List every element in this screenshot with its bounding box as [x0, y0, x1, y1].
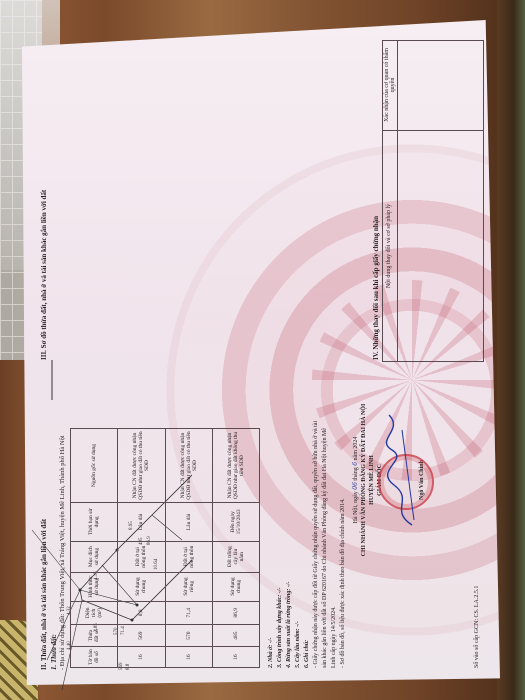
- cell: Nhận CN đất được công nhận QSDĐ như giao…: [212, 429, 259, 503]
- section-2-items: 2. Nhà ở: -/- 3. Công trình xây dựng khá…: [267, 418, 348, 668]
- land-parcel-table: Tờ bản đồ số Thửa đất số Diện tích (m²) …: [70, 428, 260, 668]
- changes-table: Nội dung thay đổi và cơ sở pháp lý Xác n…: [382, 40, 484, 362]
- header-parcel-no: Thửa đất số: [71, 625, 118, 647]
- cell: 16: [212, 647, 259, 668]
- section-2-sub1: 1. Thửa đất:: [50, 634, 58, 670]
- address-label: - Địa chỉ sử dụng đất:: [59, 614, 66, 670]
- signing-date: Hà Nội, ngày 06 tháng 6 năm 2024: [352, 380, 360, 580]
- changes-col-content: [383, 130, 483, 361]
- header-map-sheet: Tờ bản đồ số: [71, 647, 118, 668]
- table-row: 16 485 86,9 Sử dụng chung Đất trồng cây …: [212, 429, 259, 668]
- cell: Đất ở tại nông thôn: [118, 541, 165, 572]
- item-perennial: 5. Cây lâu năm: -/-: [295, 621, 301, 668]
- cell: 8,8: [118, 601, 165, 625]
- section-3-title: III. Sơ đồ thửa đất, nhà ở và tài sản kh…: [40, 190, 48, 360]
- table-header-row: Tờ bản đồ số Thửa đất số Diện tích (m²) …: [71, 429, 118, 668]
- cell: Sử dụng chung: [212, 572, 259, 601]
- signature-area: [384, 380, 418, 580]
- date-prefix: Hà Nội, ngày: [353, 491, 359, 523]
- address-line: - Địa chỉ sử dụng đất: Thôn Trung Việt, …: [59, 435, 66, 670]
- issuing-office-district: HUYỆN MÊ LINH: [368, 380, 376, 580]
- address-value: Thôn Trung Việt, xã Tráng Việt, huyện Mê…: [59, 435, 66, 612]
- item-forest: 4. Rừng sản xuất là rừng trồng: -/-: [286, 581, 292, 668]
- cell: 71,4: [165, 601, 212, 625]
- header-origin: Nguồn gốc sử dụng: [71, 429, 118, 503]
- section-2-title: II. Thửa đất, nhà ở và tài sản khác gắn …: [40, 519, 48, 670]
- signature-block: Hà Nội, ngày 06 tháng 6 năm 2024 CHI NHÁ…: [352, 380, 426, 580]
- cell: Sử dụng riêng: [165, 572, 212, 601]
- register-number: Số vào sổ cấp GCN: CS. LA.2.5.1: [474, 586, 480, 668]
- changes-header-content: Nội dung thay đổi và cơ sở pháp lý: [386, 131, 392, 361]
- header-use-purpose: Mục đích sử dụng: [71, 541, 118, 572]
- cell: Lâu dài: [118, 503, 165, 542]
- table-row: 16 569 8,8 Sử dụng chung Đất ở tại nông …: [118, 429, 165, 668]
- item-notes-label: 6. Ghi chú:: [304, 640, 310, 668]
- cell: 86,9: [212, 601, 259, 625]
- header-area: Diện tích (m²): [71, 601, 118, 625]
- section-4-title: IV. Những thay đổi sau khi cấp giấy chứn…: [372, 216, 380, 360]
- header-use-term: Thời hạn sử dụng: [71, 503, 118, 542]
- certificate-content: II. Thửa đất, nhà ở và tài sản khác gắn …: [22, 30, 492, 690]
- note-1: - Giấy chứng nhận này được cấp đổi từ Gi…: [312, 418, 339, 668]
- cell: 570: [165, 625, 212, 647]
- item-house: 2. Nhà ở: -/-: [268, 637, 274, 668]
- handwritten-signature: [384, 410, 420, 530]
- cell: Sử dụng chung: [118, 572, 165, 601]
- cell: Nhận CN đất được công nhận QSDĐ như giao…: [165, 429, 212, 503]
- date-month: 6: [352, 462, 359, 466]
- cell: 485: [212, 625, 259, 647]
- table-row: 16 570 71,4 Sử dụng riêng Đất ở tại nông…: [165, 429, 212, 668]
- item-other-construction: 3. Công trình xây dựng khác: -/-: [277, 588, 283, 668]
- cell: Nhận CN đất được công nhận QSDĐ như giao…: [118, 429, 165, 503]
- header-use-form: Hình thức sử dụng: [71, 572, 118, 601]
- issuing-office: CHI NHÁNH VĂN PHÒNG ĐĂNG KÝ ĐẤT ĐAI HÀ N…: [360, 380, 368, 580]
- cell: 569: [118, 625, 165, 647]
- date-year: năm 2024: [353, 437, 359, 461]
- cell: Đất ở tại nông thôn: [165, 541, 212, 572]
- date-day: 06: [352, 482, 359, 490]
- changes-header-confirmation: Xác nhận của cơ quan có thẩm quyền: [384, 41, 396, 129]
- background-edge: [497, 0, 525, 700]
- cell: 16: [165, 647, 212, 668]
- date-month-label: tháng: [353, 467, 359, 480]
- cell: Đất trồng cây lâu năm: [212, 541, 259, 572]
- cell: Đến ngày 15/10/2043: [212, 503, 259, 542]
- cell: Lâu dài: [165, 503, 212, 542]
- note-2: - Sơ đồ bản đồ, số liệu được xác định th…: [339, 418, 348, 668]
- cell: 16: [118, 647, 165, 668]
